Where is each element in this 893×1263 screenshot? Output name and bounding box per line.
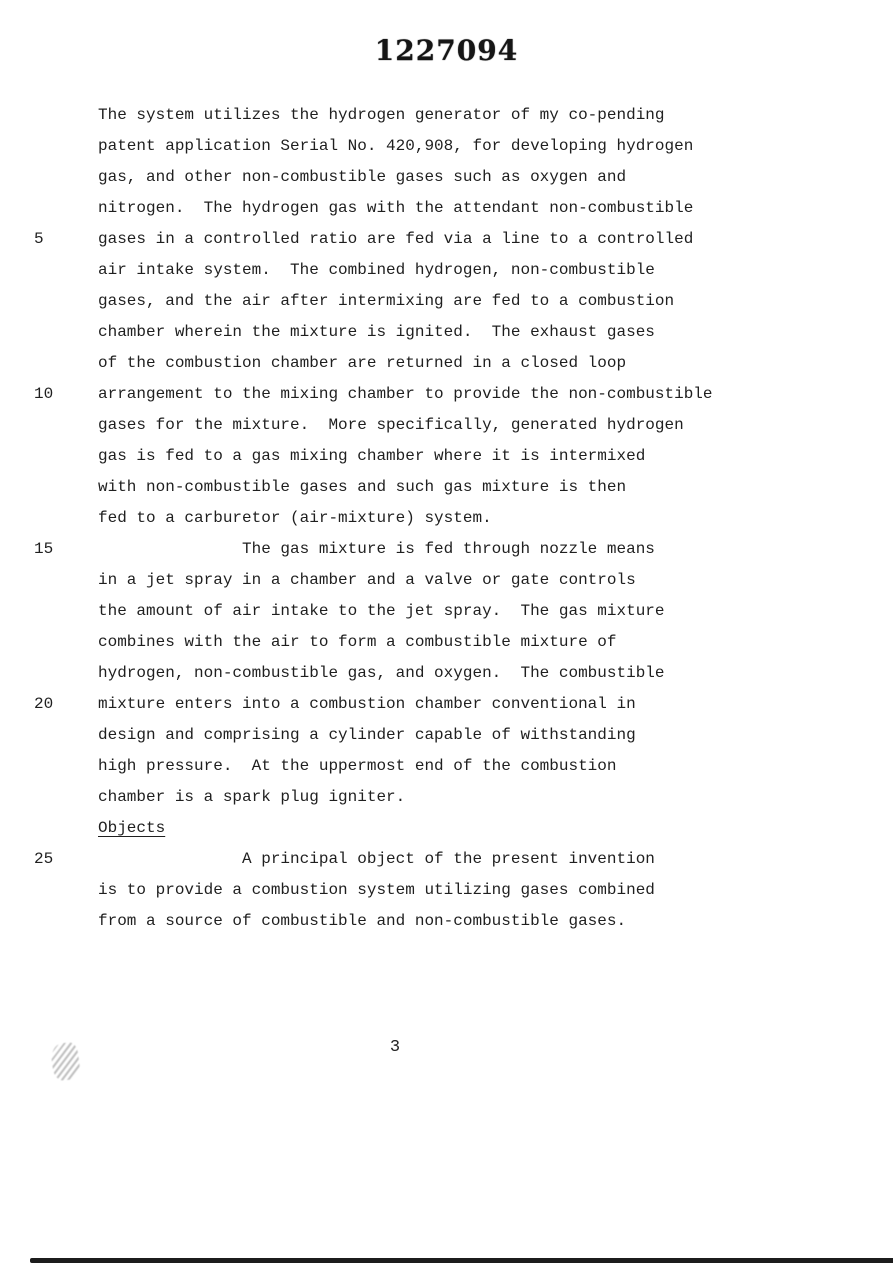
line-text: gas is fed to a gas mixing chamber where…: [98, 441, 645, 472]
line-text: The system utilizes the hydrogen generat…: [98, 100, 665, 131]
line-number: 25: [34, 844, 53, 875]
ink-smudge: [50, 1041, 82, 1081]
line-text: fed to a carburetor (air-mixture) system…: [98, 503, 492, 534]
body-text: The system utilizes the hydrogen generat…: [0, 100, 893, 937]
line-text: arrangement to the mixing chamber to pro…: [98, 379, 713, 410]
line-text: combines with the air to form a combusti…: [98, 627, 616, 658]
text-line: with non-combustible gases and such gas …: [0, 472, 893, 503]
text-line: design and comprising a cylinder capable…: [0, 720, 893, 751]
line-text: in a jet spray in a chamber and a valve …: [98, 565, 636, 596]
line-text: is to provide a combustion system utiliz…: [98, 875, 655, 906]
text-line: in a jet spray in a chamber and a valve …: [0, 565, 893, 596]
text-line: 25 A principal object of the present inv…: [0, 844, 893, 875]
text-line: the amount of air intake to the jet spra…: [0, 596, 893, 627]
line-text: gases in a controlled ratio are fed via …: [98, 224, 693, 255]
text-line: chamber wherein the mixture is ignited. …: [0, 317, 893, 348]
text-line: Objects: [0, 813, 893, 844]
text-line: hydrogen, non-combustible gas, and oxyge…: [0, 658, 893, 689]
line-text: mixture enters into a combustion chamber…: [98, 689, 636, 720]
patent-page: 1227094 The system utilizes the hydrogen…: [0, 0, 893, 1263]
text-line: gases for the mixture. More specifically…: [0, 410, 893, 441]
scan-edge-artifact: [30, 1258, 893, 1263]
patent-number: 1227094: [0, 34, 893, 67]
text-line: chamber is a spark plug igniter.: [0, 782, 893, 813]
line-text: A principal object of the present invent…: [98, 844, 655, 875]
text-line: gases, and the air after intermixing are…: [0, 286, 893, 317]
line-text: patent application Serial No. 420,908, f…: [98, 131, 693, 162]
line-number: 20: [34, 689, 53, 720]
text-line: of the combustion chamber are returned i…: [0, 348, 893, 379]
line-number: 10: [34, 379, 53, 410]
text-line: is to provide a combustion system utiliz…: [0, 875, 893, 906]
text-line: high pressure. At the uppermost end of t…: [0, 751, 893, 782]
text-line: 20mixture enters into a combustion chamb…: [0, 689, 893, 720]
line-text: gases for the mixture. More specifically…: [98, 410, 684, 441]
line-text: nitrogen. The hydrogen gas with the atte…: [98, 193, 693, 224]
text-line: patent application Serial No. 420,908, f…: [0, 131, 893, 162]
line-text: the amount of air intake to the jet spra…: [98, 596, 665, 627]
text-line: 10arrangement to the mixing chamber to p…: [0, 379, 893, 410]
line-text: air intake system. The combined hydrogen…: [98, 255, 655, 286]
line-number: 15: [34, 534, 53, 565]
line-text: gas, and other non-combustible gases suc…: [98, 162, 626, 193]
line-text: gases, and the air after intermixing are…: [98, 286, 674, 317]
text-line: combines with the air to form a combusti…: [0, 627, 893, 658]
line-text: chamber is a spark plug igniter.: [98, 782, 405, 813]
line-text: The gas mixture is fed through nozzle me…: [98, 534, 655, 565]
text-line: gas, and other non-combustible gases suc…: [0, 162, 893, 193]
line-number: 5: [34, 224, 44, 255]
page-number: 3: [370, 1038, 420, 1057]
line-text: from a source of combustible and non-com…: [98, 906, 626, 937]
line-text: design and comprising a cylinder capable…: [98, 720, 636, 751]
line-text: of the combustion chamber are returned i…: [98, 348, 626, 379]
line-text: high pressure. At the uppermost end of t…: [98, 751, 616, 782]
text-line: The system utilizes the hydrogen generat…: [0, 100, 893, 131]
section-heading: Objects: [98, 813, 165, 844]
text-line: fed to a carburetor (air-mixture) system…: [0, 503, 893, 534]
text-line: 5gases in a controlled ratio are fed via…: [0, 224, 893, 255]
line-text: chamber wherein the mixture is ignited. …: [98, 317, 655, 348]
text-line: 15 The gas mixture is fed through nozzle…: [0, 534, 893, 565]
text-line: air intake system. The combined hydrogen…: [0, 255, 893, 286]
text-line: from a source of combustible and non-com…: [0, 906, 893, 937]
line-text: hydrogen, non-combustible gas, and oxyge…: [98, 658, 665, 689]
line-text: with non-combustible gases and such gas …: [98, 472, 626, 503]
text-line: nitrogen. The hydrogen gas with the atte…: [0, 193, 893, 224]
text-line: gas is fed to a gas mixing chamber where…: [0, 441, 893, 472]
